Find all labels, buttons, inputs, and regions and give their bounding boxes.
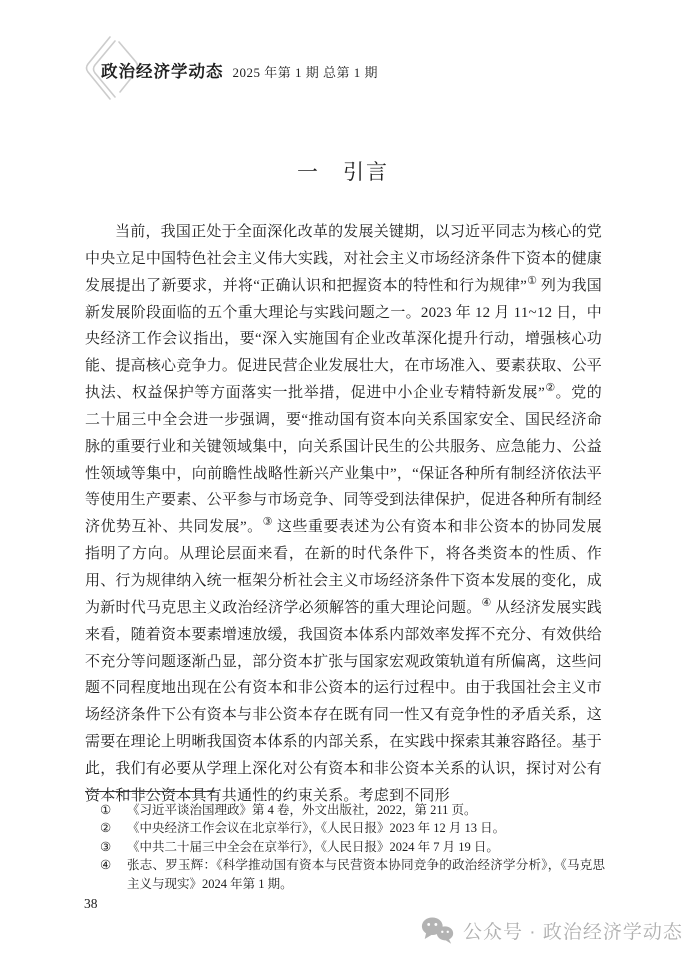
footnote-separator xyxy=(85,791,215,792)
section-title: 一 引言 xyxy=(0,156,686,186)
footnotes: ① 《习近平谈治国理政》第 4 卷，外文出版社，2022，第 211 页。 ② … xyxy=(85,801,605,893)
footnote-marker: ① xyxy=(100,801,127,819)
footnote-item: ① 《习近平谈治国理政》第 4 卷，外文出版社，2022，第 211 页。 xyxy=(100,801,605,819)
footnote-text: 《中央经济工作会议在北京举行》，《人民日报》2023 年 12 月 13 日。 xyxy=(127,819,605,837)
journal-title: 政治经济学动态 xyxy=(101,58,224,82)
footnote-text: 《中共二十届三中全会在京举行》，《人民日报》2024 年 7 月 19 日。 xyxy=(127,838,605,856)
page-header: 政治经济学动态 2025 年第 1 期 总第 1 期 xyxy=(101,58,378,82)
footnote-ref: ③ xyxy=(263,516,273,528)
watermark-text: 公众号 · 政治经济学动态 xyxy=(463,917,683,944)
footnote-item: ② 《中央经济工作会议在北京举行》，《人民日报》2023 年 12 月 13 日… xyxy=(100,819,605,837)
footnote-ref: ① xyxy=(527,275,537,287)
footnote-text: 张志、罗玉辉：《科学推动国有资本与民营资本协同竞争的政治经济学分析》，《马克思主… xyxy=(127,856,605,893)
wechat-icon xyxy=(420,916,454,945)
footnote-ref: ④ xyxy=(482,597,492,609)
footnote-item: ④ 张志、罗玉辉：《科学推动国有资本与民营资本协同竞争的政治经济学分析》，《马克… xyxy=(100,856,605,893)
footnote-text: 《习近平谈治国理政》第 4 卷，外文出版社，2022，第 211 页。 xyxy=(127,801,605,819)
page-number: 38 xyxy=(84,896,98,912)
journal-issue: 2025 年第 1 期 总第 1 期 xyxy=(233,62,379,81)
footnote-item: ③ 《中共二十届三中全会在京举行》，《人民日报》2024 年 7 月 19 日。 xyxy=(100,838,605,856)
document-page: 政治经济学动态 2025 年第 1 期 总第 1 期 一 引言 当前，我国正处于… xyxy=(0,0,686,962)
footnote-ref: ② xyxy=(545,382,556,394)
footnote-marker: ④ xyxy=(100,856,127,874)
watermark: 公众号 · 政治经济学动态 xyxy=(420,916,683,945)
footnote-marker: ② xyxy=(100,819,127,837)
body-paragraph: 当前，我国正处于全面深化改革的发展关键期，以习近平同志为核心的党中央立足中国特色… xyxy=(85,219,602,810)
footnote-marker: ③ xyxy=(100,838,127,856)
